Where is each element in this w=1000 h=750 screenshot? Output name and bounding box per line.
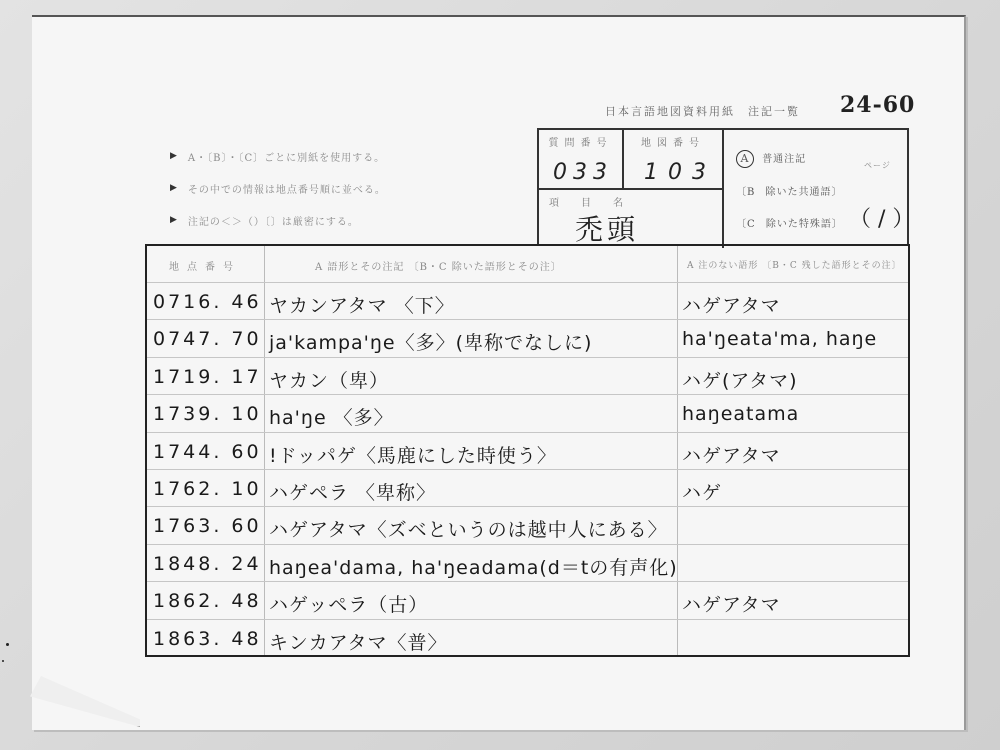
table-row: 1863. 48キンカアタマ〈普〉	[147, 619, 908, 658]
card-number: 24-60	[840, 92, 915, 118]
word-form-with-note: !ドッパゲ〈馬鹿にした時使う〉	[269, 441, 557, 468]
point-number: 1863. 48	[153, 628, 262, 650]
word-form-with-note: ヤカン（卑）	[269, 366, 389, 393]
table-row: 0747. 70ja'kampa'ŋe〈多〉(卑称でなしに)ha'ŋeata'm…	[147, 319, 908, 358]
word-form-with-note: ha'ŋe 〈多〉	[269, 403, 394, 430]
instruction-item: ▶ A・〔B〕・〔C〕ごとに別紙を使用する。	[170, 140, 386, 172]
table-row: 1739. 10ha'ŋe 〈多〉haŋeatama	[147, 394, 908, 433]
item-name-cell: 項目名 禿頭	[539, 190, 724, 248]
page-number: （ / ）	[849, 202, 907, 233]
point-number: 0747. 70	[153, 328, 262, 350]
table-header: 地点番号 A 語形とその注記 〔B・C 除いた語形とその注〕 A 注のない語形 …	[147, 246, 908, 282]
word-form-with-note: ハゲアタマ〈ズベというのは越中人にある〉	[269, 515, 668, 542]
question-number-cell: 質問番号 033	[539, 130, 624, 190]
word-form-with-note: ハゲペラ 〈卑称〉	[269, 478, 436, 505]
word-form-with-note: ハゲッペラ（古）	[269, 590, 428, 617]
table-row: 1862. 48ハゲッペラ（古）ハゲアタマ	[147, 581, 908, 620]
speck	[2, 660, 4, 662]
point-number: 1744. 60	[153, 441, 262, 463]
word-form-plain: haŋeatama	[682, 403, 799, 425]
item-name-label: 項目名	[549, 194, 722, 209]
question-number-label: 質問番号	[539, 134, 622, 149]
instructions: ▶ A・〔B〕・〔C〕ごとに別紙を使用する。 ▶ その中での情報は地点番号順に並…	[170, 140, 386, 236]
word-form-with-note: haŋea'dama, ha'ŋeadama(d＝tの有声化)	[269, 553, 678, 580]
instruction-text: 注記の＜＞（）〔〕は厳密にする。	[188, 213, 359, 228]
triangle-bullet-icon: ▶	[170, 151, 178, 161]
point-number: 1862. 48	[153, 590, 262, 612]
table-row: 1719. 17ヤカン（卑）ハゲ(アタマ)	[147, 357, 908, 396]
table-row: 1762. 10ハゲペラ 〈卑称〉ハゲ	[147, 469, 908, 508]
category-a[interactable]: A 普通注記	[736, 150, 806, 168]
map-number-label: 地図番号	[624, 134, 722, 149]
word-form-with-note: ja'kampa'ŋe〈多〉(卑称でなしに)	[269, 328, 592, 355]
category-b[interactable]: 〔B 除いた共通語〕	[736, 183, 843, 198]
question-number: 033	[553, 160, 613, 185]
column-header-form: A 語形とその注記 〔B・C 除いた語形とその注〕	[315, 258, 562, 273]
point-number: 1739. 10	[153, 403, 262, 425]
table-row: 1744. 60!ドッパゲ〈馬鹿にした時使う〉ハゲアタマ	[147, 432, 908, 471]
item-name: 禿頭	[575, 208, 639, 248]
table-row: 1763. 60ハゲアタマ〈ズベというのは越中人にある〉	[147, 506, 908, 545]
table-row: 0716. 46ヤカンアタマ 〈下〉ハゲアタマ	[147, 282, 908, 321]
form-title: 日本言語地図資料用紙 注記一覧	[605, 103, 800, 119]
point-number: 1763. 60	[153, 515, 262, 537]
map-number-cell: 地図番号 103	[624, 130, 724, 190]
word-form-plain: ハゲアタマ	[682, 291, 781, 318]
word-form-with-note: キンカアタマ〈普〉	[269, 628, 447, 655]
word-form-plain: ハゲ	[682, 478, 722, 505]
instruction-text: その中での情報は地点番号順に並べる。	[188, 181, 386, 196]
instruction-item: ▶ その中での情報は地点番号順に並べる。	[170, 172, 386, 204]
word-form-with-note: ヤカンアタマ 〈下〉	[269, 291, 455, 318]
triangle-bullet-icon: ▶	[170, 183, 178, 193]
category-cell: A 普通注記 〔B 除いた共通語〕 〔C 除いた特殊語〕 ページ （ / ）	[724, 130, 907, 248]
point-number: 0716. 46	[153, 291, 262, 313]
column-header-plain: A 注のない語形 〔B・C 残した語形とその注〕	[687, 258, 902, 271]
category-c[interactable]: 〔C 除いた特殊語〕	[736, 215, 843, 230]
table-row: 1848. 24haŋea'dama, ha'ŋeadama(d＝tの有声化)	[147, 544, 908, 583]
word-form-plain: ハゲアタマ	[682, 441, 781, 468]
point-number: 1762. 10	[153, 478, 262, 500]
instruction-text: A・〔B〕・〔C〕ごとに別紙を使用する。	[188, 149, 385, 164]
triangle-bullet-icon: ▶	[170, 215, 178, 225]
point-number: 1719. 17	[153, 366, 262, 388]
point-number: 1848. 24	[153, 553, 262, 575]
word-form-plain: ハゲアタマ	[682, 590, 781, 617]
page-label: ページ	[864, 160, 891, 171]
map-number: 103	[644, 160, 716, 185]
header-box: 質問番号 033 地図番号 103 項目名 禿頭 A 普通注記 〔B 除いた共通…	[537, 128, 909, 246]
column-header-point: 地点番号	[169, 258, 241, 273]
word-form-plain: ha'ŋeata'ma, haŋe	[682, 328, 877, 350]
speck	[6, 643, 9, 646]
notes-table: 地点番号 A 語形とその注記 〔B・C 除いた語形とその注〕 A 注のない語形 …	[145, 244, 910, 657]
circled-a-selection-icon: A	[736, 150, 754, 168]
word-form-plain: ハゲ(アタマ)	[682, 366, 798, 393]
instruction-item: ▶ 注記の＜＞（）〔〕は厳密にする。	[170, 204, 386, 236]
